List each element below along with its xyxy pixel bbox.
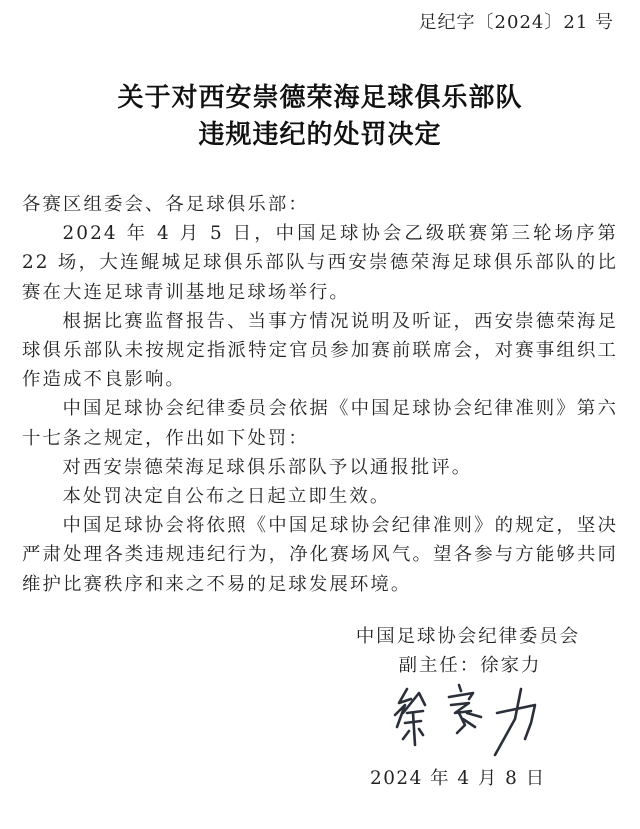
- document-number: 足纪字〔2024〕21 号: [419, 8, 614, 34]
- signature-block: 中国足球协会纪律委员会 副主任：徐家力: [300, 622, 640, 680]
- document-title: 关于对西安崇德荣海足球俱乐部队 违规违纪的处罚决定: [0, 80, 640, 154]
- paragraph-match-info: 2024 年 4 月 5 日，中国足球协会乙级联赛第三轮场序第 22 场，大连鲲…: [22, 219, 618, 307]
- handwritten-signature-icon: [385, 683, 555, 763]
- paragraph-closing: 中国足球协会将依照《中国足球协会纪律准则》的规定，坚决严肃处理各类违规违纪行为，…: [22, 511, 618, 599]
- document-body: 各赛区组委会、各足球俱乐部： 2024 年 4 月 5 日，中国足球协会乙级联赛…: [22, 190, 618, 599]
- salutation: 各赛区组委会、各足球俱乐部：: [22, 190, 618, 219]
- signing-date: 2024 年 4 月 8 日: [370, 764, 546, 790]
- title-line-2: 违规违纪的处罚决定: [0, 117, 640, 154]
- signing-organization: 中国足球协会纪律委员会: [296, 622, 640, 651]
- paragraph-legal-basis: 中国足球协会纪律委员会依据《中国足球协会纪律准则》第六十七条之规定，作出如下处罚…: [22, 394, 618, 452]
- paragraph-effective: 本处罚决定自公布之日起立即生效。: [22, 482, 618, 511]
- signer-title-name: 副主任：徐家力: [300, 651, 640, 680]
- title-line-1: 关于对西安崇德荣海足球俱乐部队: [0, 80, 640, 117]
- paragraph-violation: 根据比赛监督报告、当事方情况说明及听证，西安崇德荣海足球俱乐部队未按规定指派特定…: [22, 307, 618, 395]
- paragraph-penalty: 对西安崇德荣海足球俱乐部队予以通报批评。: [22, 453, 618, 482]
